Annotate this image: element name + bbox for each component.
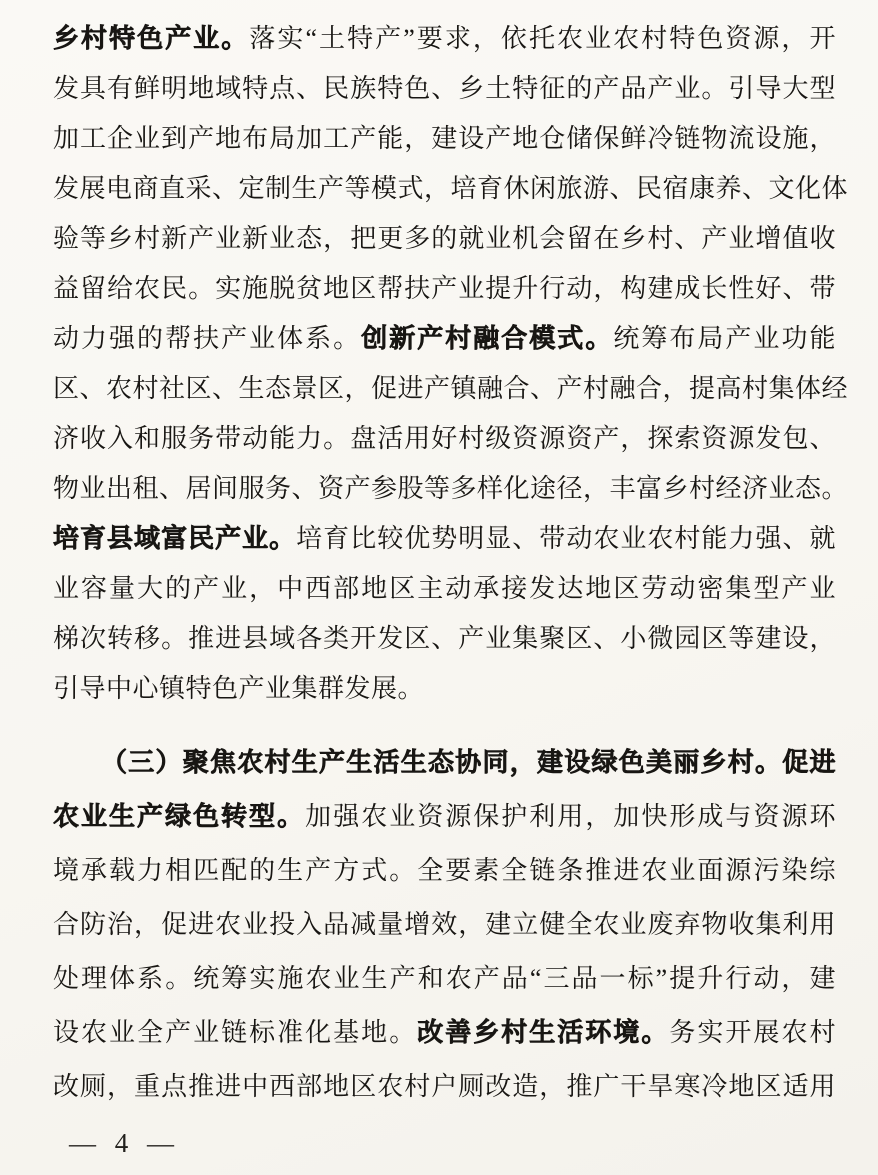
paragraph: 乡村特色产业。落实“土特产”要求，依托农业农村特色资源，开发具有鲜明地域特点、民… bbox=[53, 14, 836, 714]
text-run: 益留给农民。实施脱贫地区帮扶产业提升行动，构建成长性好、带 bbox=[53, 274, 836, 303]
bold-text-run: 农业生产绿色转型。 bbox=[53, 802, 305, 831]
text-line: 农业生产绿色转型。加强农业资源保护利用，加快形成与资源环 bbox=[53, 790, 836, 844]
text-line: 梯次转移。推进县域各类开发区、产业集聚区、小微园区等建设， bbox=[53, 614, 836, 664]
bold-text-run: （三）聚焦农村生产生活生态协同，建设绿色美丽乡村。促进 bbox=[101, 748, 836, 777]
text-line: 物业出租、居间服务、资产参股等多样化途径，丰富乡村经济业态。 bbox=[53, 464, 836, 514]
text-line: 加工企业到产地布局加工产能，建设产地仓储保鲜冷链物流设施， bbox=[53, 114, 836, 164]
text-run: 加工企业到产地布局加工产能，建设产地仓储保鲜冷链物流设施， bbox=[53, 124, 836, 153]
text-run: 培育比较优势明显、带动农业农村能力强、就 bbox=[296, 524, 836, 553]
text-run: 合防治，促进农业投入品减量增效，建立健全农业废弃物收集利用 bbox=[53, 910, 836, 939]
text-line: 动力强的帮扶产业体系。创新产村融合模式。统筹布局产业功能 bbox=[53, 314, 836, 364]
text-line: 益留给农民。实施脱贫地区帮扶产业提升行动，构建成长性好、带 bbox=[53, 264, 836, 314]
text-run: 物业出租、居间服务、资产参股等多样化途径，丰富乡村经济业态。 bbox=[53, 474, 848, 503]
text-line: 引导中心镇特色产业集群发展。 bbox=[53, 664, 836, 714]
bold-text-run: 创新产村融合模式。 bbox=[361, 324, 613, 353]
paragraph: （三）聚焦农村生产生活生态协同，建设绿色美丽乡村。促进农业生产绿色转型。加强农业… bbox=[53, 736, 836, 1114]
text-run: 济收入和服务带动能力。盘活用好村级资源资产，探索资源发包、 bbox=[53, 424, 836, 453]
text-line: 发展电商直采、定制生产等模式，培育休闲旅游、民宿康养、文化体 bbox=[53, 164, 836, 214]
text-run: 验等乡村新产业新业态，把更多的就业机会留在乡村、产业增值收 bbox=[53, 224, 836, 253]
text-run: 落实“土特产”要求，依托农业农村特色资源，开 bbox=[249, 24, 836, 53]
text-line: 验等乡村新产业新业态，把更多的就业机会留在乡村、产业增值收 bbox=[53, 214, 836, 264]
text-line: 区、农村社区、生态景区，促进产镇融合、产村融合，提高村集体经 bbox=[53, 364, 836, 414]
text-line: 乡村特色产业。落实“土特产”要求，依托农业农村特色资源，开 bbox=[53, 14, 836, 64]
text-run: 梯次转移。推进县域各类开发区、产业集聚区、小微园区等建设， bbox=[53, 624, 836, 653]
text-run: 加强农业资源保护利用，加快形成与资源环 bbox=[305, 802, 836, 831]
text-line: 发具有鲜明地域特点、民族特色、乡土特征的产品产业。引导大型 bbox=[53, 64, 836, 114]
text-line: （三）聚焦农村生产生活生态协同，建设绿色美丽乡村。促进 bbox=[53, 736, 836, 790]
text-run: 改厕，重点推进中西部地区农村户厕改造，推广干旱寒冷地区适用 bbox=[53, 1072, 836, 1101]
text-run: 设农业全产业链标准化基地。 bbox=[53, 1018, 417, 1047]
text-line: 境承载力相匹配的生产方式。全要素全链条推进农业面源污染综 bbox=[53, 844, 836, 898]
text-line: 培育县域富民产业。培育比较优势明显、带动农业农村能力强、就 bbox=[53, 514, 836, 564]
text-run: 发具有鲜明地域特点、民族特色、乡土特征的产品产业。引导大型 bbox=[53, 74, 836, 103]
text-run: 务实开展农村 bbox=[669, 1018, 836, 1047]
text-line: 处理体系。统筹实施农业生产和农产品“三品一标”提升行动，建 bbox=[53, 952, 836, 1006]
text-line: 合防治，促进农业投入品减量增效，建立健全农业废弃物收集利用 bbox=[53, 898, 836, 952]
text-run: 处理体系。统筹实施农业生产和农产品“三品一标”提升行动，建 bbox=[53, 964, 836, 993]
bold-text-run: 培育县域富民产业。 bbox=[53, 524, 296, 553]
scanned-document-page: 乡村特色产业。落实“土特产”要求，依托农业农村特色资源，开发具有鲜明地域特点、民… bbox=[0, 0, 878, 1175]
text-line: 改厕，重点推进中西部地区农村户厕改造，推广干旱寒冷地区适用 bbox=[53, 1060, 836, 1114]
text-line: 业容量大的产业，中西部地区主动承接发达地区劳动密集型产业 bbox=[53, 564, 836, 614]
text-run: 境承载力相匹配的生产方式。全要素全链条推进农业面源污染综 bbox=[53, 856, 836, 885]
text-run: 动力强的帮扶产业体系。 bbox=[53, 324, 361, 353]
text-run: 引导中心镇特色产业集群发展。 bbox=[53, 674, 424, 703]
bold-text-run: 乡村特色产业。 bbox=[53, 24, 249, 53]
text-run: 业容量大的产业，中西部地区主动承接发达地区劳动密集型产业 bbox=[53, 574, 836, 603]
page-number: — 4 — bbox=[53, 1128, 836, 1159]
text-line: 设农业全产业链标准化基地。改善乡村生活环境。务实开展农村 bbox=[53, 1006, 836, 1060]
text-run: 发展电商直采、定制生产等模式，培育休闲旅游、民宿康养、文化体 bbox=[53, 174, 848, 203]
text-run: 区、农村社区、生态景区，促进产镇融合、产村融合，提高村集体经 bbox=[53, 374, 848, 403]
text-run: 统筹布局产业功能 bbox=[613, 324, 836, 353]
bold-text-run: 改善乡村生活环境。 bbox=[417, 1018, 669, 1047]
text-line: 济收入和服务带动能力。盘活用好村级资源资产，探索资源发包、 bbox=[53, 414, 836, 464]
document-body: 乡村特色产业。落实“土特产”要求，依托农业农村特色资源，开发具有鲜明地域特点、民… bbox=[53, 14, 836, 1114]
